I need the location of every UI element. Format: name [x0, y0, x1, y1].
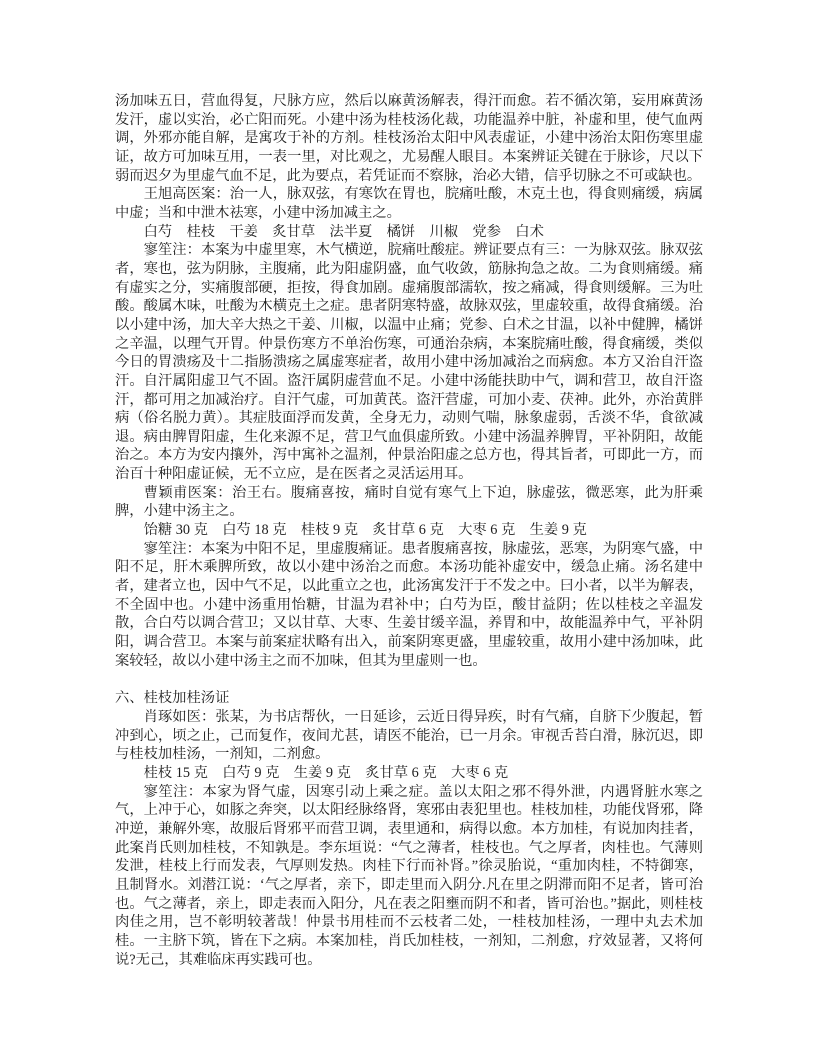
- herb-list-wang-xugao: 白芍 桂枝 干姜 炙甘草 法半夏 橘饼 川椒 党参 白术: [115, 223, 703, 242]
- section-heading-guizhi-jiagui: 六、桂枝加桂汤证: [115, 689, 703, 708]
- case-cao-yingfu: 曹颖甫医案：治王右。腹痛喜按，痛时自觉有寒气上下迫，脉虚弦，微恶寒，此为肝乘脾，…: [115, 484, 703, 521]
- liaosheng-note-3: 寥笙注：本家为肾气虚，因寒引动上乘之症。盖以太阳之邪不得外泄，内遇肾脏水寒之气，…: [115, 783, 703, 970]
- herb-list-cao-yingfu: 饴糖 30 克 白芍 18 克 桂枝 9 克 炙甘草 6 克 大枣 6 克 生姜…: [115, 521, 703, 540]
- text-block: 汤加味五日，营血得复，尺脉方应，然后以麻黄汤解表，得汗而愈。若不循次第，妄用麻黄…: [115, 92, 703, 969]
- case-xiao-zhuoru: 肖琢如医：张某，为书店帮伙，一日延诊，云近日得异疾，时有气痛，自脐下少腹起，暂冲…: [115, 708, 703, 764]
- herb-list-xiao-zhuoru: 桂枝 15 克 白芍 9 克 生姜 9 克 炙甘草 6 克 大枣 6 克: [115, 764, 703, 783]
- paragraph-discussion-continuation: 汤加味五日，营血得复，尺脉方应，然后以麻黄汤解表，得汗而愈。若不循次第，妄用麻黄…: [115, 92, 703, 185]
- liaosheng-note-2: 寥笙注：本案为中阳不足，里虚腹痛证。患者腹痛喜按，脉虚弦，恶寒，为阴寒气盛，中阳…: [115, 540, 703, 671]
- document-page: 汤加味五日，营血得复，尺脉方应，然后以麻黄汤解表，得汗而愈。若不循次第，妄用麻黄…: [0, 0, 816, 1056]
- liaosheng-note-1: 寥笙注：本案为中虚里寒，木气横逆，脘痛吐酸症。辨证要点有三：一为脉双弦。脉双弦者…: [115, 241, 703, 484]
- case-wang-xugao: 王旭高医案：治一人，脉双弦，有寒饮在胃也，脘痛吐酸，木克土也，得食则痛缓，病属中…: [115, 185, 703, 222]
